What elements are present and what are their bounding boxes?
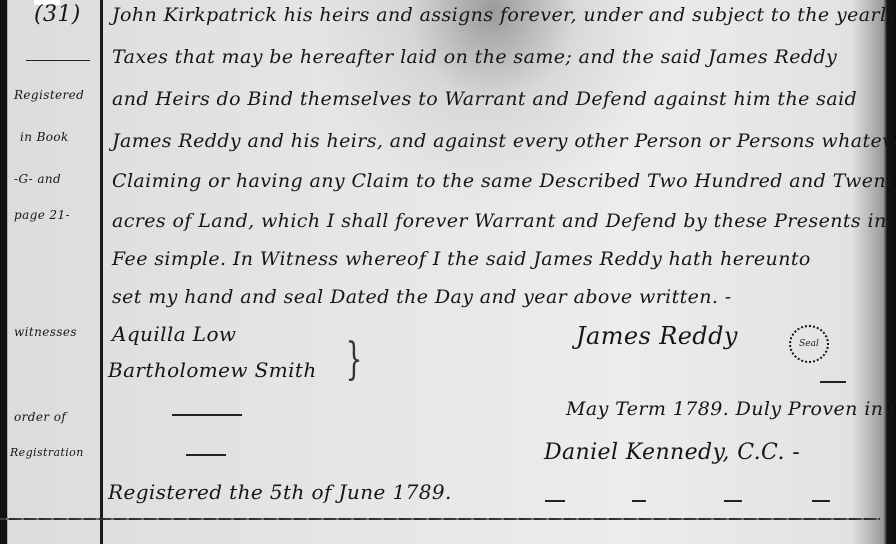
scan-left-edge xyxy=(0,0,7,544)
margin-note-registered: Registered xyxy=(14,88,84,102)
registration-date-note: Registered the 5th of June 1789. xyxy=(108,480,452,504)
divider-dash xyxy=(812,500,830,502)
margin-divider xyxy=(26,60,90,61)
margin-rule-line xyxy=(100,0,103,544)
witness-aquilla-low: Aquilla Low xyxy=(112,322,236,346)
witness-brace: } xyxy=(346,334,363,385)
margin-note-book: in Book xyxy=(20,130,69,144)
grantor-signature: James Reddy xyxy=(576,322,738,350)
court-proven-note: May Term 1789. Duly Proven in Court. - - xyxy=(566,398,896,420)
deed-line-2: Taxes that may be hereafter laid on the … xyxy=(112,46,837,68)
entry-number: (31) xyxy=(34,2,81,27)
bottom-rule-line xyxy=(0,518,880,520)
margin-note-witnesses: witnesses xyxy=(14,325,77,339)
deed-line-1: John Kirkpatrick his heirs and assigns f… xyxy=(112,4,896,26)
seal-label: Seal xyxy=(799,339,819,349)
divider-dash xyxy=(724,500,742,502)
margin-note-registration: Registration xyxy=(10,446,84,459)
deed-line-4: James Reddy and his heirs, and against e… xyxy=(112,130,896,152)
divider-dash xyxy=(186,454,226,456)
deed-line-7: Fee simple. In Witness whereof I the sai… xyxy=(112,248,811,270)
clerk-signature: Daniel Kennedy, C.C. - xyxy=(544,440,800,465)
witness-bartholomew-smith: Bartholomew Smith xyxy=(108,358,317,382)
margin-note-order-of: order of xyxy=(14,410,66,424)
divider-dash xyxy=(172,414,242,416)
margin-note-book-letter: -G- and xyxy=(14,172,61,186)
margin-note-page: page 21- xyxy=(14,208,70,222)
divider-dash xyxy=(545,500,565,502)
divider-dash xyxy=(632,500,646,502)
divider-dash xyxy=(820,381,846,383)
deed-line-5: Claiming or having any Claim to the same… xyxy=(112,170,896,192)
seal-icon: Seal xyxy=(789,325,829,363)
scanned-deed-page: (31) Registered in Book -G- and page 21-… xyxy=(0,0,896,544)
deed-line-6: acres of Land, which I shall forever War… xyxy=(112,210,887,232)
deed-line-3: and Heirs do Bind themselves to Warrant … xyxy=(112,88,857,110)
deed-line-8: set my hand and seal Dated the Day and y… xyxy=(112,286,732,308)
